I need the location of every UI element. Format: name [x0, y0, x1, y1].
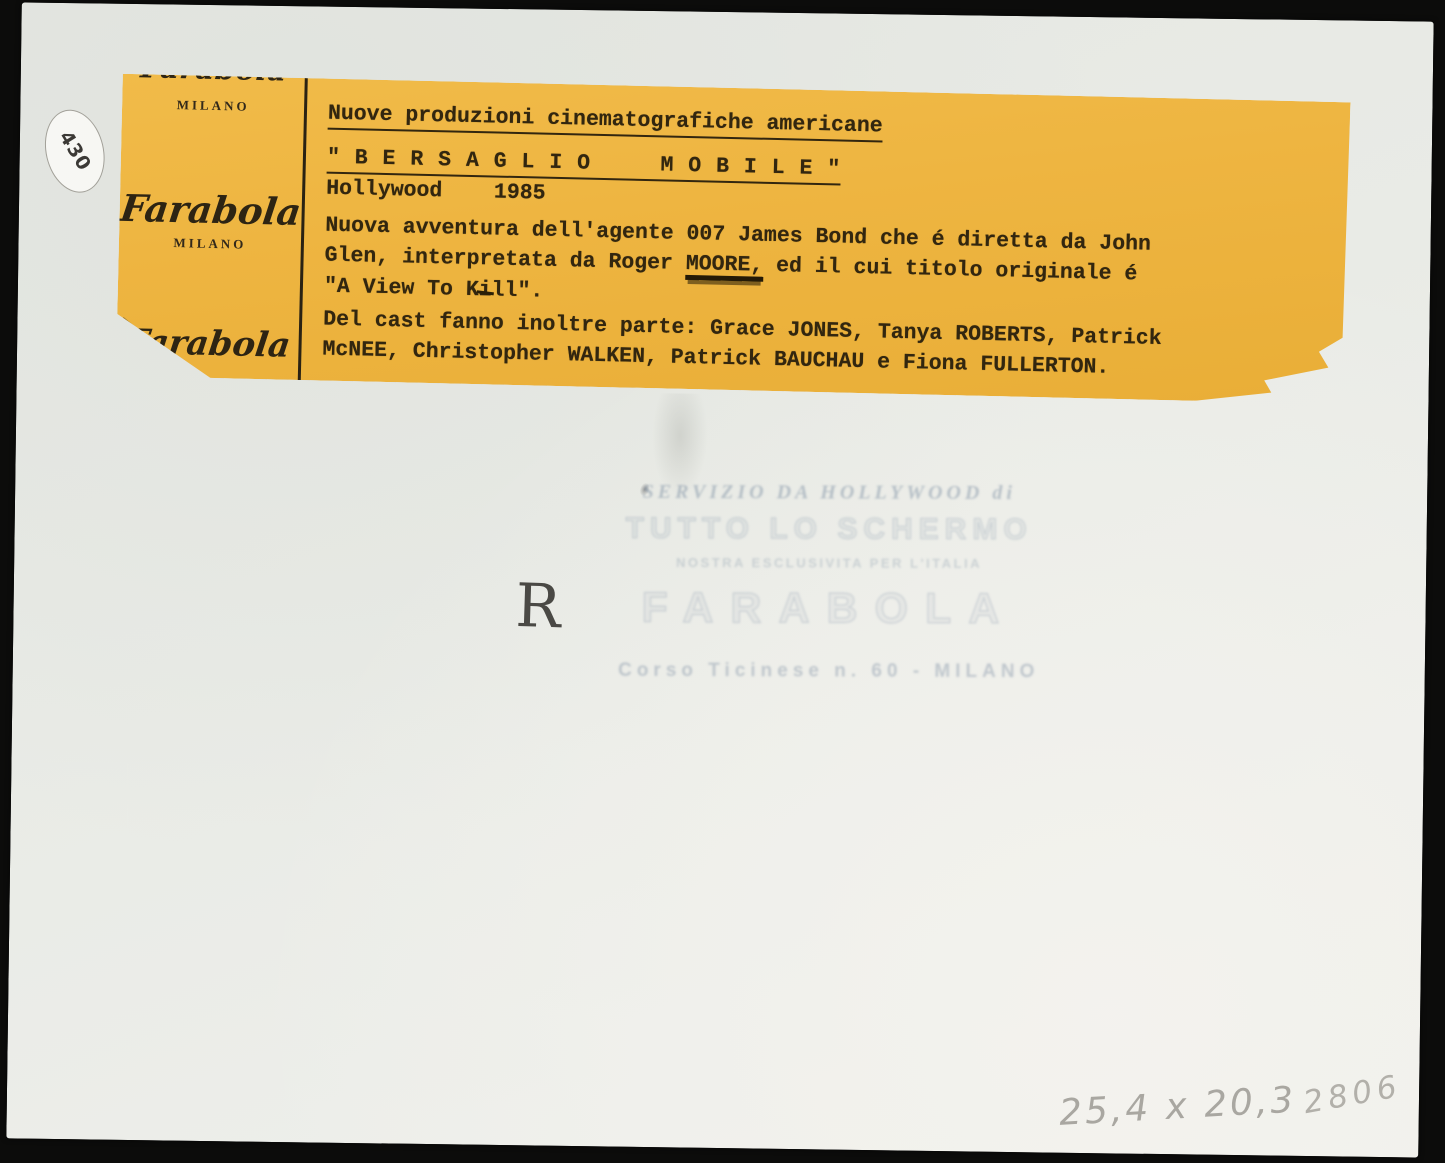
caption-label: Farabola MILANO Farabola MILANO Farabola… — [116, 74, 1351, 404]
stamp-outline-line: TUTTO LO SCHERMO — [574, 512, 1084, 548]
body-line2-pre: Glen, interpretata da Roger — [324, 244, 686, 276]
stamp-farabola-line: FARABOLA — [574, 584, 1084, 635]
pencil-catalog-number: 2806 — [1301, 1068, 1405, 1121]
pencil-dimensions-note: 25,4 x 20,3 — [1058, 1080, 1297, 1134]
archive-number: 430 — [54, 127, 95, 175]
farabola-logo-top: Farabola — [139, 74, 290, 89]
stamp-exclusivity-line: NOSTRA ESCLUSIVITA PER L'ITALIA — [574, 555, 1084, 572]
photo-back-paper: 430 Farabola MILANO Farabola MILANO Fara… — [6, 2, 1433, 1157]
archive-number-circle: 430 — [37, 104, 113, 199]
body-line3-pre: "A View To K — [324, 275, 479, 303]
actor-name-underlined: MOORE, — [685, 253, 763, 282]
agency-stamp-faint: SERVIZIO DA HOLLYWOOD di TUTTO LO SCHERM… — [574, 481, 1085, 684]
handwritten-letter-r: R — [515, 571, 562, 642]
caption-text-block: Nuove produzioni cinematografiche americ… — [322, 99, 1342, 388]
overstruck-letter: i — [478, 275, 492, 305]
paper-smudge — [651, 393, 708, 499]
agency-logo-top-cut: Farabola — [122, 74, 304, 95]
body-line2-post: ed il cui titolo originale é — [763, 254, 1138, 287]
agency-city-mid: MILANO — [119, 234, 301, 254]
caption-header-line: Nuove produzioni cinematografiche americ… — [328, 99, 1342, 154]
body-line3-post: ll". — [491, 278, 543, 303]
agency-city-top: MILANO — [122, 96, 304, 116]
paper-speck — [638, 482, 651, 497]
caption-header: Nuove produzioni cinematografiche americ… — [328, 101, 883, 143]
agency-logo-column: Farabola MILANO Farabola MILANO Farabola — [116, 74, 305, 380]
photo-verso-scan: { "photo": { "archive_number_circled": "… — [0, 0, 1445, 1163]
farabola-logo-mid: Farabola — [118, 186, 304, 234]
stamp-address-line: Corso Ticinese n. 60 - MILANO — [574, 660, 1084, 684]
farabola-logo-bottom: Farabola — [122, 322, 293, 366]
